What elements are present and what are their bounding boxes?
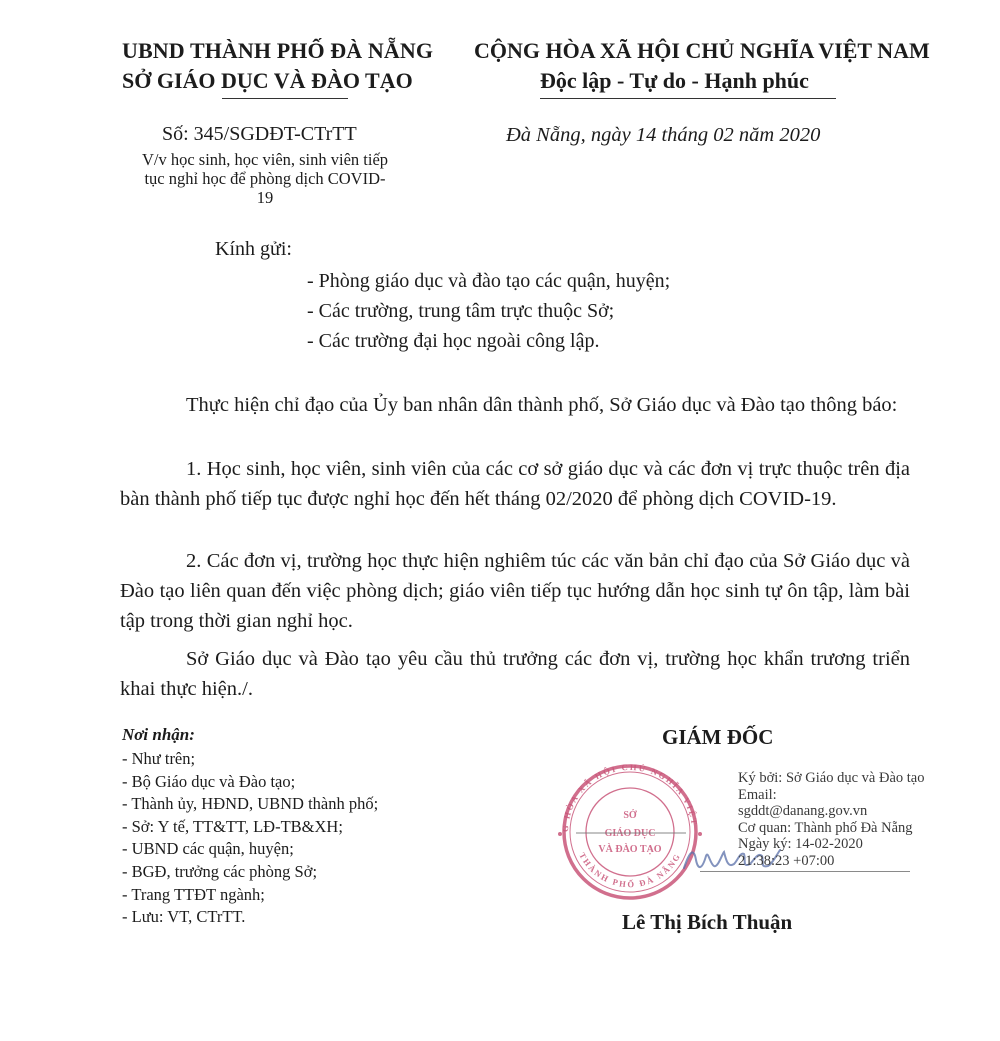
recipient-item: - Thành ủy, HĐND, UBND thành phố;: [122, 793, 378, 816]
body-paragraph-item-1: 1. Học sinh, học viên, sinh viên của các…: [120, 454, 910, 514]
recipient-item: - UBND các quận, huyện;: [122, 838, 378, 861]
body-paragraph-intro: Thực hiện chỉ đạo của Ủy ban nhân dân th…: [120, 390, 910, 420]
addressees-list: - Phòng giáo dục và đào tạo các quận, hu…: [307, 266, 670, 356]
recipient-item: - Bộ Giáo dục và Đào tạo;: [122, 771, 378, 794]
digital-signature-info: Ký bởi: Sở Giáo dục và Đào tạoEmail:sgdd…: [738, 770, 938, 870]
official-letter: UBND THÀNH PHỐ ĐÀ NẴNG SỞ GIÁO DỤC VÀ ĐÀ…: [0, 0, 1000, 1041]
body-paragraph-item-2: 2. Các đơn vị, trường học thực hiện nghi…: [120, 546, 910, 636]
recipient-item: - Trang TTĐT ngành;: [122, 884, 378, 907]
agency: Cơ quan: Thành phố Đà Nẵng: [738, 820, 928, 837]
email-label: Email:: [738, 787, 938, 804]
recipient-item: - Như trên;: [122, 748, 378, 771]
document-number: Số: 345/SGDĐT-CTrTT: [162, 123, 357, 146]
sign-time: 21:38:23 +07:00: [738, 853, 938, 870]
body-paragraph-closing: Sở Giáo dục và Đào tạo yêu cầu thủ trưởn…: [120, 644, 910, 704]
signature-line: [700, 871, 910, 872]
recipients-title: Nơi nhận:: [122, 725, 195, 745]
addressees-label: Kính gửi:: [215, 238, 292, 261]
recipient-item: - Lưu: VT, CTrTT.: [122, 906, 378, 929]
org-underline: [222, 98, 348, 99]
issuing-org: SỞ GIÁO DỤC VÀ ĐÀO TẠO: [122, 68, 413, 94]
recipients-list: - Như trên; - Bộ Giáo dục và Đào tạo; - …: [122, 748, 378, 929]
recipient-item: - Sở: Y tế, TT&TT, LĐ-TB&XH;: [122, 816, 378, 839]
svg-text:VÀ ĐÀO TẠO: VÀ ĐÀO TẠO: [598, 843, 661, 855]
issuing-parent-org: UBND THÀNH PHỐ ĐÀ NẴNG: [122, 38, 433, 64]
national-title: CỘNG HÒA XÃ HỘI CHỦ NGHĨA VIỆT NAM: [474, 38, 930, 64]
svg-text:CỘNG HÒA XÃ HỘI CHỦ NGHĨA VIỆT: CỘNG HÒA XÃ HỘI CHỦ NGHĨA VIỆT NAM: [546, 760, 700, 832]
place-and-date: Đà Nẵng, ngày 14 tháng 02 năm 2020: [506, 124, 820, 147]
signer-title: GIÁM ĐỐC: [662, 725, 773, 750]
addressee-item: - Các trường đại học ngoài công lập.: [307, 326, 670, 356]
document-subject: V/v học sinh, học viên, sinh viên tiếp t…: [140, 150, 390, 207]
addressee-item: - Các trường, trung tâm trực thuộc Sở;: [307, 296, 670, 326]
motto-underline: [540, 98, 836, 99]
recipient-item: - BGĐ, trưởng các phòng Sở;: [122, 861, 378, 884]
email-value: sgddt@danang.gov.vn: [738, 803, 938, 820]
addressee-item: - Phòng giáo dục và đào tạo các quận, hu…: [307, 266, 670, 296]
signed-by: Ký bởi: Sở Giáo dục và Đào tạo: [738, 770, 938, 787]
signer-name: Lê Thị Bích Thuận: [622, 910, 792, 935]
national-motto: Độc lập - Tự do - Hạnh phúc: [540, 68, 809, 94]
sign-date: Ngày ký: 14-02-2020: [738, 836, 938, 853]
svg-text:SỞ: SỞ: [623, 809, 637, 821]
